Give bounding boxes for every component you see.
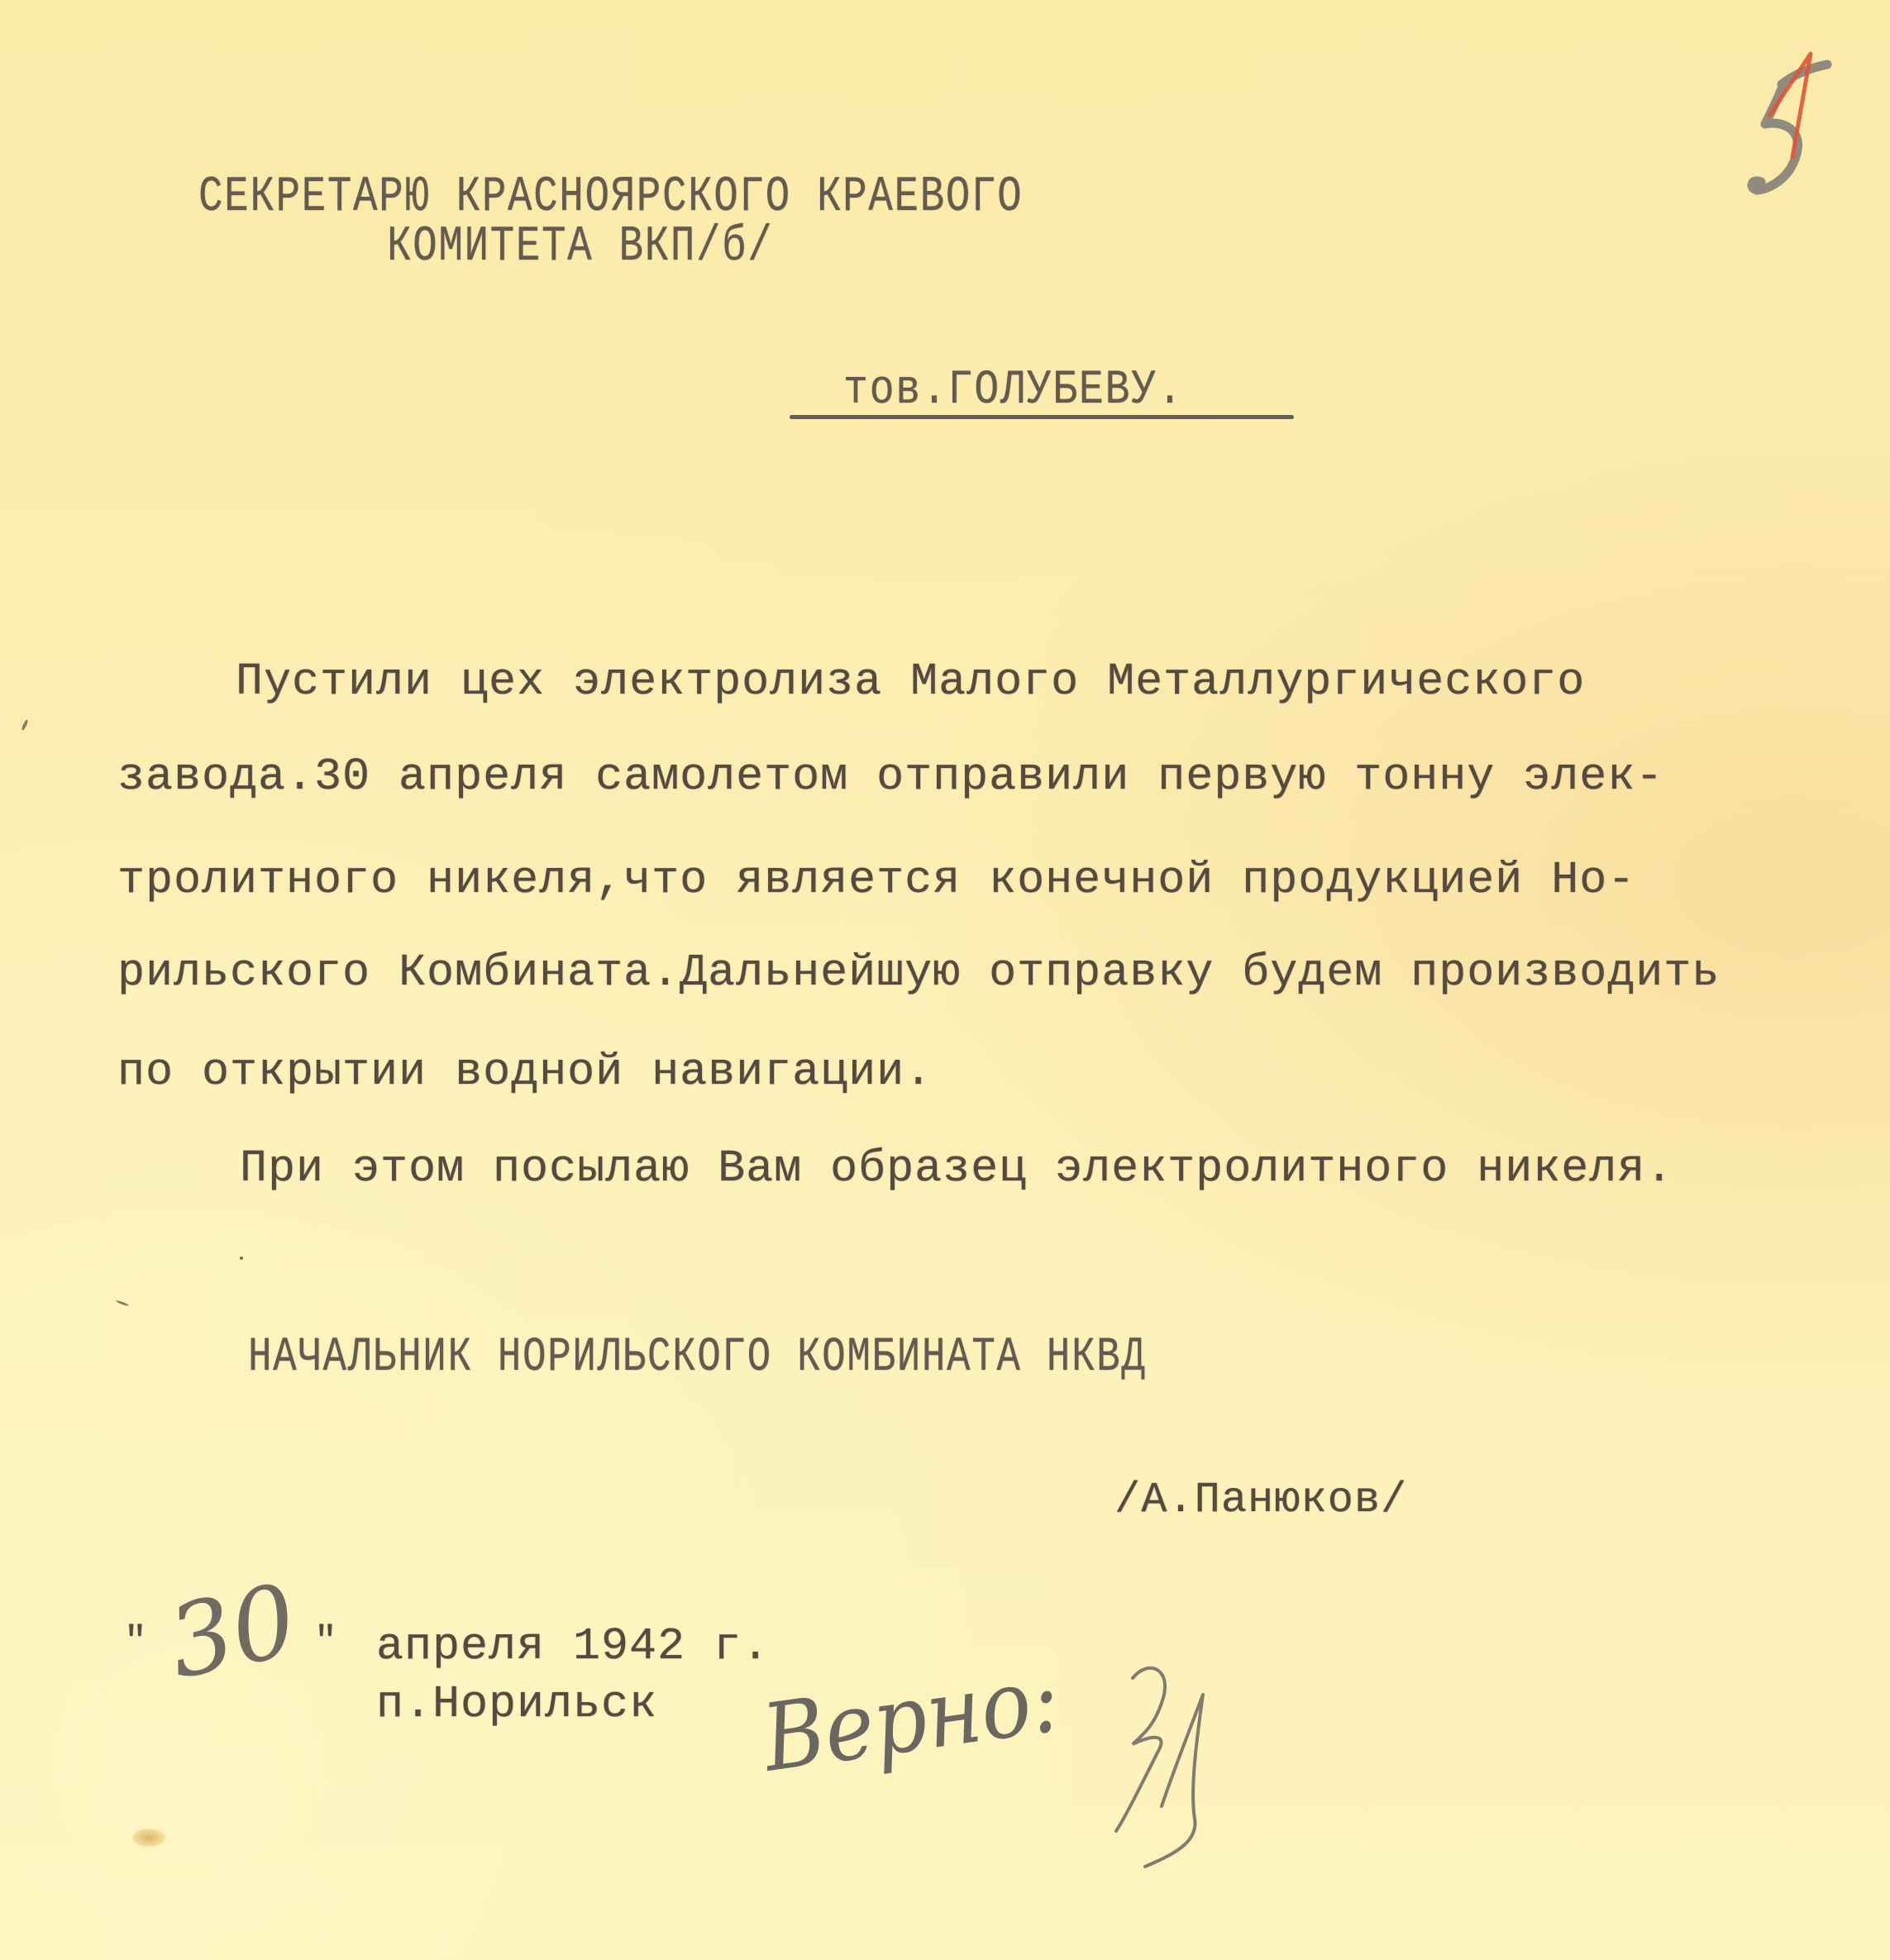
- body-line-2: завода.30 апреля самолетом отправили пер…: [117, 751, 1663, 803]
- signatory-name: /А.Панюков/: [1114, 1476, 1407, 1524]
- date-close-quote: ": [314, 1620, 338, 1663]
- date-open-quote: ": [124, 1620, 148, 1663]
- paper-mark: [116, 1300, 129, 1306]
- date-place: п.Норильск: [376, 1678, 657, 1730]
- recipient-line: тов.ГОЛУБЕВУ.: [843, 364, 1183, 417]
- paper-stain: [132, 1829, 165, 1847]
- certification-initials-handwritten: Эд: [1025, 1653, 1232, 1868]
- addressee-line-1: СЕКРЕТАРЮ КРАСНОЯРСКОГО КРАЕВОГО: [198, 169, 1023, 226]
- body-line-4: рильского Комбината.Дальнейшую отправку …: [117, 947, 1720, 999]
- paper-mark: [21, 719, 29, 731]
- body-line-5: по открытии водной навигации.: [117, 1046, 933, 1098]
- signatory-title: НАЧАЛЬНИК НОРИЛЬСКОГО КОМБИНАТА НКВД: [248, 1331, 1147, 1385]
- certification-label-handwritten: Верно:: [756, 1645, 1066, 1793]
- signature-scribble-icon: [1025, 1653, 1232, 1868]
- body-paragraph-2: При этом посылаю Вам образец электролитн…: [240, 1142, 1673, 1195]
- date-day-handwritten: 30: [159, 1563, 306, 1702]
- archive-page-number: 5: [1728, 25, 1852, 207]
- body-line-3: тролитного никеля,что является конечной …: [117, 854, 1635, 906]
- paper-mark: [240, 1257, 243, 1260]
- addressee-line-2: КОМИТЕТА ВКП/б/: [387, 219, 773, 275]
- page-number-glyph-icon: [1728, 25, 1852, 207]
- date-month-year: апреля 1942 г.: [376, 1620, 770, 1672]
- recipient-underline: [790, 415, 1294, 419]
- body-line-1: Пустили цех электролиза Малого Металлург…: [236, 656, 1585, 708]
